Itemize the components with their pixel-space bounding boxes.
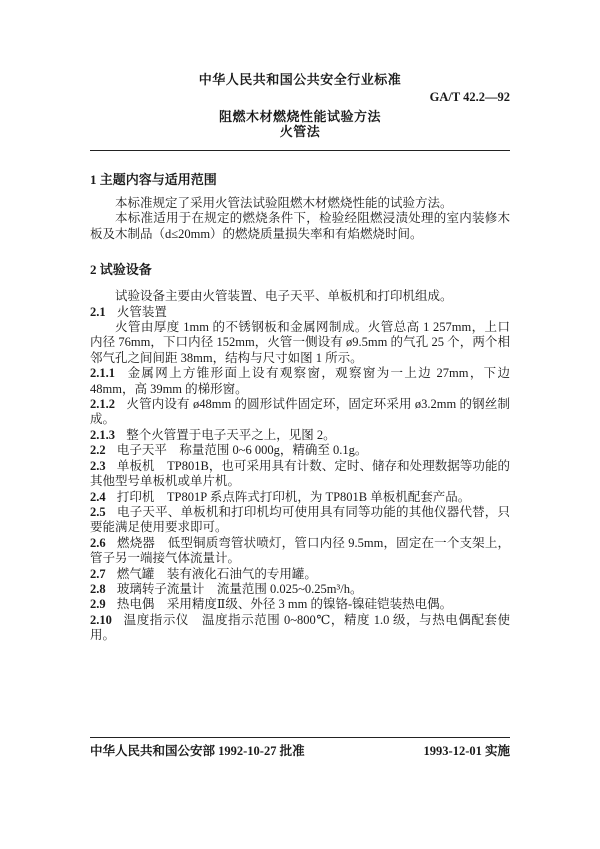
clause-number: 2.3 bbox=[90, 459, 117, 473]
standard-code: GA/T 42.2—92 bbox=[90, 91, 510, 103]
clause-number: 2.4 bbox=[90, 490, 117, 504]
clause-2-1: 2.1火管装置 bbox=[90, 305, 510, 320]
clause-2-1-1: 2.1.1金属网上方锥形面上设有观察窗，观察窗为一上边 27mm，下边 48mm… bbox=[90, 366, 510, 397]
clause-2-6: 2.6燃烧器 低型铜质弯管状喷灯，管口内径 9.5mm，固定在一个支架上，管子另… bbox=[90, 536, 510, 567]
clause-text: 电子天平 称量范围 0~6 000g，精确至 0.1g。 bbox=[117, 443, 368, 457]
page-footer: 中华人民共和国公安部 1992-10-27 批准 1993-12-01 实施 bbox=[90, 737, 510, 758]
clause-number: 2.5 bbox=[90, 505, 117, 519]
document-title: 阻燃木材燃烧性能试验方法 bbox=[90, 110, 510, 123]
clause-number: 2.7 bbox=[90, 567, 117, 581]
clause-2-1-2: 2.1.2火管内设有 ø48mm 的圆形试件固定环，固定环采用 ø3.2mm 的… bbox=[90, 397, 510, 428]
clause-2-1-body: 火管由厚度 1mm 的不锈钢板和金属网制成。火管总高 1 257mm，上口内径 … bbox=[90, 320, 510, 366]
clause-text: 玻璃转子流量计 流量范围 0.025~0.25m³/h。 bbox=[117, 582, 363, 596]
clause-text: 打印机 TP801P 系点阵式打印机，为 TP801B 单板机配套产品。 bbox=[117, 490, 470, 504]
approval-statement: 中华人民共和国公安部 1992-10-27 批准 bbox=[90, 744, 305, 758]
standard-type-heading: 中华人民共和国公共安全行业标准 bbox=[90, 73, 510, 86]
clause-2-9: 2.9热电偶 采用精度Ⅱ级、外径 3 mm 的镍铬-镍硅铠装热电偶。 bbox=[90, 597, 510, 612]
header-divider bbox=[90, 150, 510, 151]
clause-2-10: 2.10温度指示仪 温度指示范围 0~800℃，精度 1.0 级，与热电偶配套使… bbox=[90, 613, 510, 644]
clause-text: 金属网上方锥形面上设有观察窗，观察窗为一上边 27mm，下边 48mm，高 39… bbox=[90, 366, 510, 395]
clause-2-2: 2.2电子天平 称量范围 0~6 000g，精确至 0.1g。 bbox=[90, 443, 510, 458]
clause-number: 2.8 bbox=[90, 582, 117, 596]
document-page: 中华人民共和国公共安全行业标准 GA/T 42.2—92 阻燃木材燃烧性能试验方… bbox=[0, 0, 600, 849]
clause-text: 燃烧器 低型铜质弯管状喷灯，管口内径 9.5mm，固定在一个支架上，管子另一端接… bbox=[90, 536, 510, 565]
clause-2-4: 2.4打印机 TP801P 系点阵式打印机，为 TP801B 单板机配套产品。 bbox=[90, 490, 510, 505]
clause-text: 火管装置 bbox=[117, 305, 167, 319]
clause-number: 2.10 bbox=[90, 613, 123, 627]
section-2-heading: 2 试验设备 bbox=[90, 263, 510, 276]
section-1-heading: 1 主题内容与适用范围 bbox=[90, 173, 510, 186]
clause-number: 2.1.1 bbox=[90, 366, 126, 380]
clause-text: 热电偶 采用精度Ⅱ级、外径 3 mm 的镍铬-镍硅铠装热电偶。 bbox=[117, 597, 452, 611]
section-1-paragraph-2: 本标准适用于在规定的燃烧条件下，检验经阻燃浸渍处理的室内装修木板及木制品（d≤2… bbox=[90, 211, 510, 242]
document-subtitle: 火管法 bbox=[90, 125, 510, 138]
clause-2-5: 2.5电子天平、单板机和打印机均可使用具有同等功能的其他仪器代替，只要能满足使用… bbox=[90, 505, 510, 536]
clause-number: 2.1 bbox=[90, 305, 117, 319]
clause-2-7: 2.7燃气罐 装有液化石油气的专用罐。 bbox=[90, 567, 510, 582]
clause-text: 单板机 TP801B，也可采用具有计数、定时、储存和处理数据等功能的其他型号单板… bbox=[90, 459, 510, 488]
clause-text: 整个火管置于电子天平之上，见图 2。 bbox=[126, 428, 335, 442]
section-2-intro: 试验设备主要由火管装置、电子天平、单板机和打印机组成。 bbox=[90, 289, 510, 304]
clause-text: 火管内设有 ø48mm 的圆形试件固定环，固定环采用 ø3.2mm 的钢丝制成。 bbox=[90, 397, 510, 426]
implementation-date: 1993-12-01 实施 bbox=[424, 744, 510, 758]
clause-number: 2.6 bbox=[90, 536, 117, 550]
section-1-paragraph-1: 本标准规定了采用火管法试验阻燃木材燃烧性能的试验方法。 bbox=[90, 196, 510, 211]
clause-2-1-3: 2.1.3整个火管置于电子天平之上，见图 2。 bbox=[90, 428, 510, 443]
clause-number: 2.2 bbox=[90, 443, 117, 457]
clause-text: 电子天平、单板机和打印机均可使用具有同等功能的其他仪器代替，只要能满足使用要求即… bbox=[90, 505, 510, 534]
clause-text: 温度指示仪 温度指示范围 0~800℃，精度 1.0 级，与热电偶配套使用。 bbox=[90, 613, 510, 642]
clause-2-8: 2.8玻璃转子流量计 流量范围 0.025~0.25m³/h。 bbox=[90, 582, 510, 597]
clause-text: 燃气罐 装有液化石油气的专用罐。 bbox=[117, 567, 317, 581]
clause-2-3: 2.3单板机 TP801B，也可采用具有计数、定时、储存和处理数据等功能的其他型… bbox=[90, 459, 510, 490]
clause-number: 2.1.2 bbox=[90, 397, 126, 411]
clause-number: 2.9 bbox=[90, 597, 117, 611]
clause-number: 2.1.3 bbox=[90, 428, 126, 442]
